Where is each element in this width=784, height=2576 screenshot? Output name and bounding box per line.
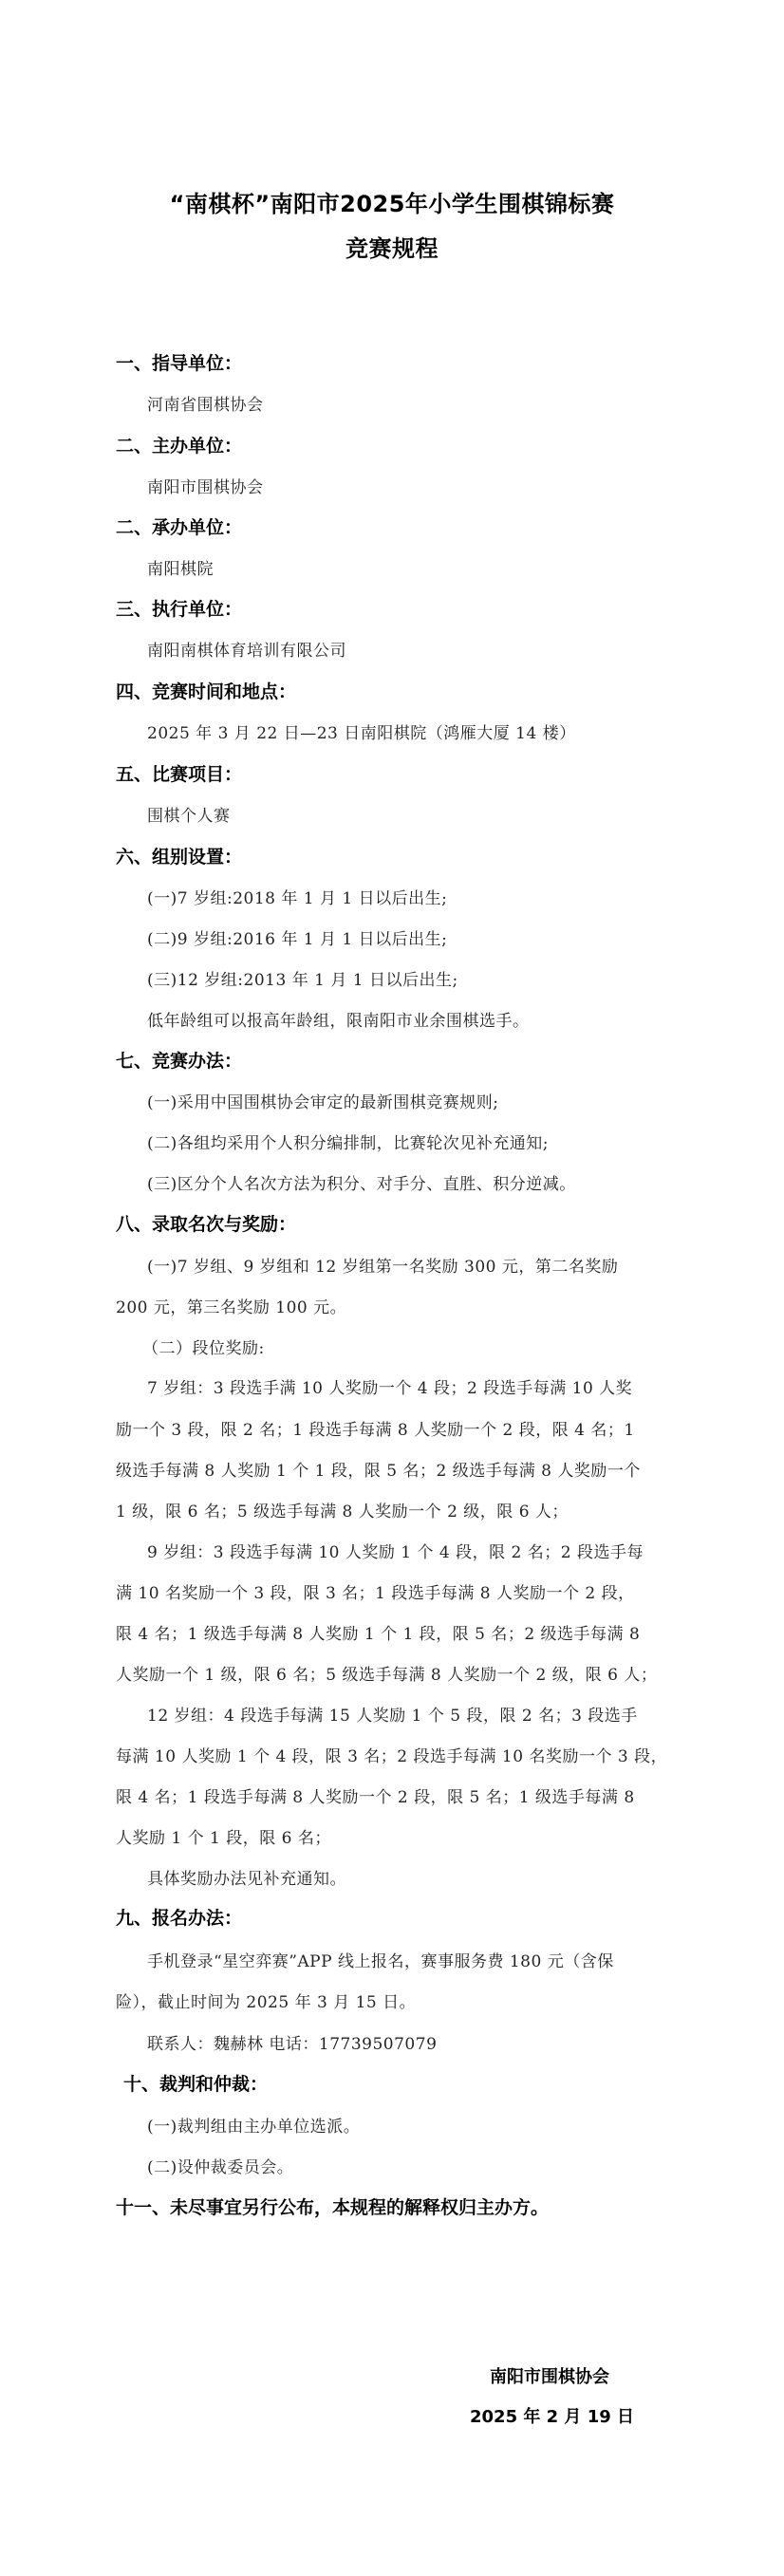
section-text: 1 级，限 6 名；5 级选手每满 8 人奖励一个 2 级，限 6 人；: [116, 1498, 569, 1521]
section-heading-executing-unit: 三、执行单位：: [116, 595, 242, 621]
section-text: (一)裁判组由主办单位选派。: [147, 2113, 360, 2137]
section-text: （二）段位奖励:: [142, 1335, 265, 1358]
section-heading-organizer-unit: 二、承办单位：: [116, 513, 242, 539]
section-text: 南阳市围棋协会: [147, 474, 264, 497]
section-heading-host-unit: 二、主办单位：: [116, 432, 242, 457]
section-text: 9 岁组：3 段选手每满 10 人奖励 1 个 4 段，限 2 名；2 段选手每: [147, 1539, 644, 1562]
section-text: 7 岁组：3 段选手满 10 人奖励一个 4 段；2 段选手每满 10 人奖: [147, 1374, 632, 1398]
section-text: 人奖励 1 个 1 段，限 6 名；: [116, 1824, 331, 1848]
section-text: 手机登录“星空弈赛”APP 线上报名，赛事服务费 180 元（含保: [147, 1948, 614, 1971]
signature-org: 南阳市围棋协会: [490, 2363, 609, 2388]
section-text: (二)各组均采用个人积分编排制，比赛轮次见补充通知;: [147, 1129, 549, 1153]
section-heading-competition-method: 七、竞赛办法：: [116, 1047, 242, 1073]
section-heading-guidance-unit: 一、指导单位：: [116, 349, 242, 375]
section-text: 2025 年 3 月 22 日—23 日南阳棋院（鸿雁大厦 14 楼）: [147, 719, 576, 743]
section-text: 围棋个人赛: [147, 802, 231, 826]
section-heading-time-place: 四、竞赛时间和地点：: [116, 678, 296, 703]
section-text: (二)设仲裁委员会。: [147, 2154, 293, 2177]
section-text: 具体奖励办法见补充通知。: [147, 1865, 346, 1889]
section-text: (一)7 岁组:2018 年 1 月 1 日以后出生;: [147, 885, 447, 908]
section-heading-registration: 九、报名办法：: [116, 1904, 242, 1930]
section-text: 200 元，第三名奖励 100 元。: [116, 1294, 346, 1317]
document-page: “南棋杯”南阳市2025年小学生围棋锦标赛 竞赛规程 一、指导单位： 河南省围棋…: [0, 0, 784, 2576]
section-text: (二)9 岁组:2016 年 1 月 1 日以后出生;: [147, 925, 447, 949]
section-text: 限 4 名；1 级选手每满 8 人奖励 1 个 1 段，限 5 名；2 级选手每…: [116, 1620, 640, 1644]
section-text: 南阳南棋体育培训有限公司: [147, 637, 346, 661]
signature-date: 2025 年 2 月 19 日: [470, 2403, 634, 2428]
section-heading-event: 五、比赛项目：: [116, 760, 242, 786]
section-text: 级选手每满 8 人奖励 1 个 1 段，限 5 名；2 级选手每满 8 人奖励一…: [116, 1457, 641, 1481]
section-text: (一)采用中国围棋协会审定的最新围棋竞赛规则;: [147, 1089, 499, 1112]
section-text: (一)7 岁组、9 岁组和 12 岁组第一名奖励 300 元，第二名奖励: [147, 1253, 618, 1277]
section-text: 低年龄组可以报高年龄组，限南阳市业余围棋选手。: [147, 1007, 530, 1031]
section-text: 人奖励一个 1 级，限 6 名；5 级选手每满 8 人奖励一个 2 级，限 6 …: [116, 1661, 657, 1685]
section-contact: 联系人：魏赫林 电话：17739507079: [147, 2030, 437, 2054]
section-heading-referee: 十、裁判和仲裁：: [123, 2070, 268, 2096]
document-title: “南棋杯”南阳市2025年小学生围棋锦标赛: [0, 185, 784, 218]
section-text: (三)区分个人名次方法为积分、对手分、直胜、积分逆减。: [147, 1170, 576, 1194]
section-text: 险），截止时间为 2025 年 3 月 15 日。: [116, 1988, 416, 2012]
section-text: 限 4 名；1 段选手每满 8 人奖励一个 2 段，限 5 名；1 级选手每满 …: [116, 1783, 635, 1807]
section-heading-final-note: 十一、未尽事宜另行公布，本规程的解释权归主办方。: [116, 2193, 549, 2219]
section-text: 每满 10 人奖励 1 个 4 段，限 3 名；2 段选手每满 10 名奖励一个…: [116, 1743, 667, 1766]
section-text: 河南省围棋协会: [147, 391, 264, 415]
section-text: 南阳棋院: [147, 555, 214, 579]
section-text: 满 10 名奖励一个 3 段，限 3 名；1 段选手每满 8 人奖励一个 2 段…: [116, 1579, 635, 1603]
section-heading-awards: 八、录取名次与奖励：: [116, 1210, 296, 1236]
section-text: 励一个 3 段，限 2 名；1 段选手每满 8 人奖励一个 2 段，限 4 名；…: [116, 1416, 635, 1440]
section-text: (三)12 岁组:2013 年 1 月 1 日以后出生;: [147, 966, 458, 990]
section-text: 12 岁组：4 段选手每满 15 人奖励 1 个 5 段，限 2 名；3 段选手: [147, 1702, 638, 1726]
document-subtitle: 竞赛规程: [0, 230, 784, 263]
section-heading-groups: 六、组别设置：: [116, 843, 242, 868]
